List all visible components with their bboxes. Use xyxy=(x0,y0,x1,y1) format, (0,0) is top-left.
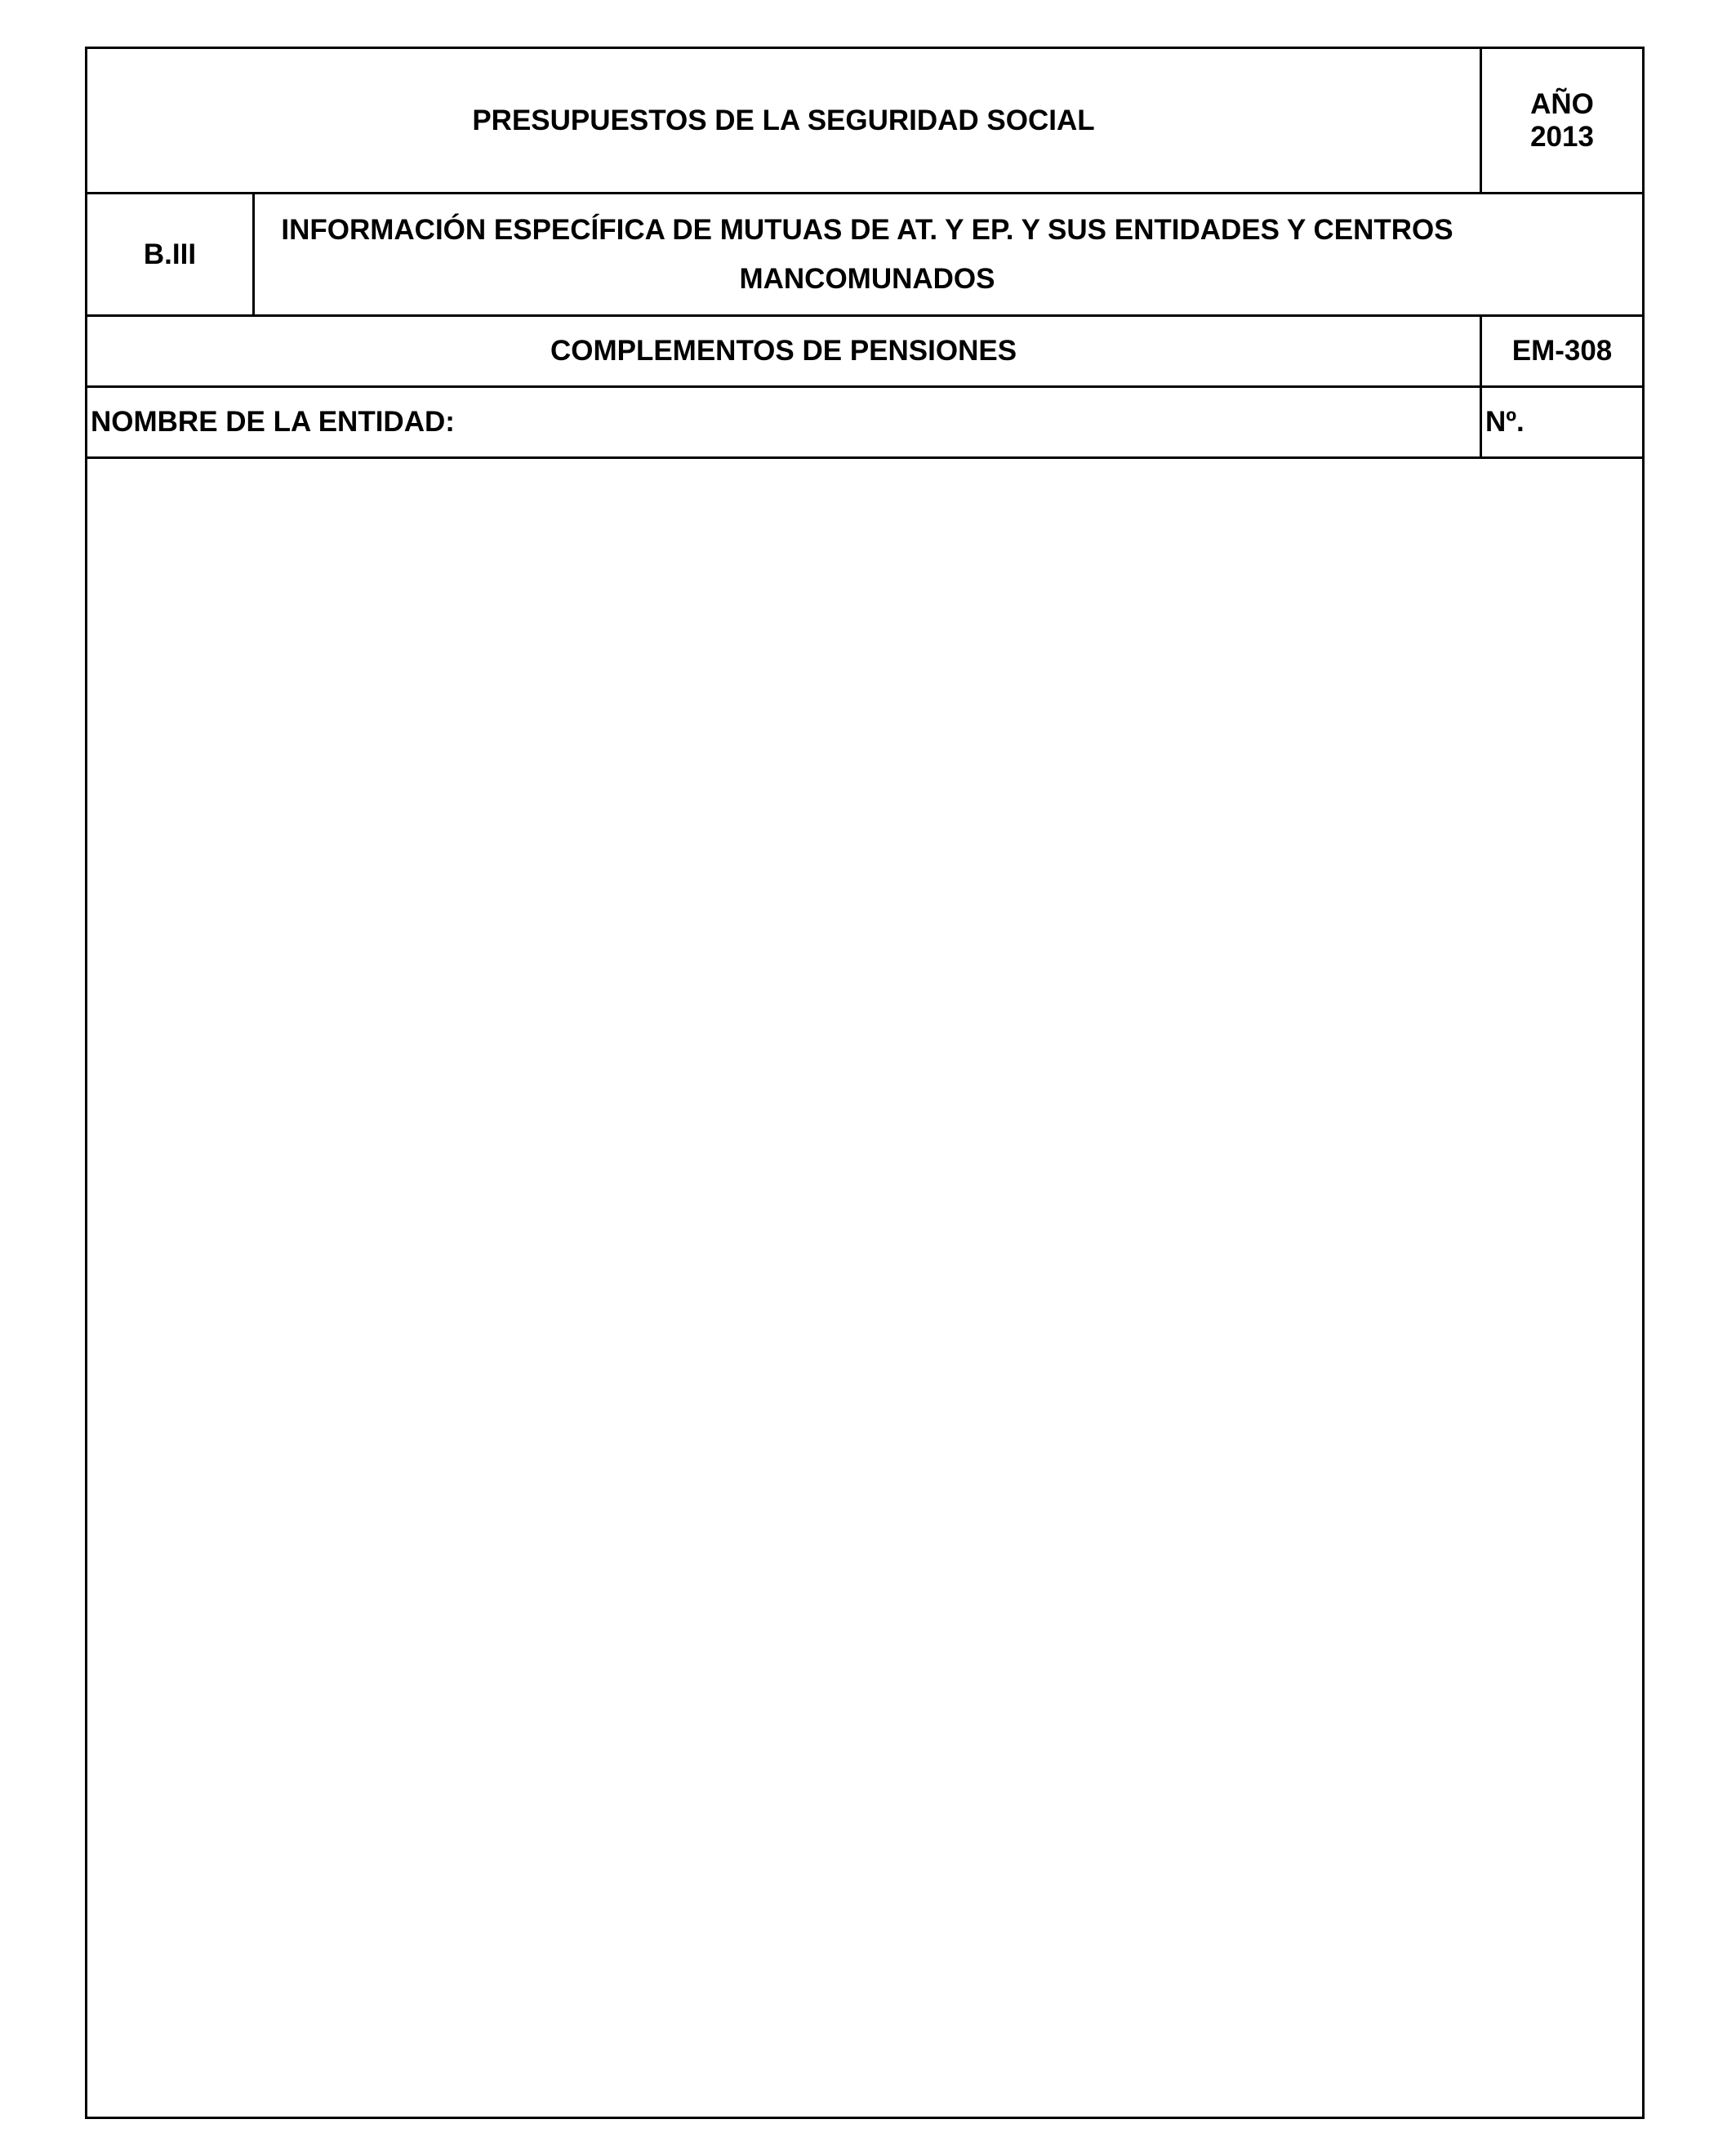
entity-name-field[interactable]: NOMBRE DE LA ENTIDAD: xyxy=(87,388,1480,456)
form-body xyxy=(87,459,1642,2117)
entity-number-label: Nº. xyxy=(1485,406,1525,439)
section-title-line2: MANCOMUNADOS xyxy=(739,255,995,304)
section-title-line1: INFORMACIÓN ESPECÍFICA DE MUTUAS DE AT. … xyxy=(281,206,1453,255)
form-code: EM-308 xyxy=(1482,317,1642,385)
section-code: B.III xyxy=(87,194,252,314)
entity-name-label: NOMBRE DE LA ENTIDAD: xyxy=(91,406,455,439)
entity-number-field[interactable]: Nº. xyxy=(1482,388,1642,456)
form-frame: PRESUPUESTOS DE LA SEGURIDAD SOCIAL AÑO … xyxy=(85,47,1645,2119)
section-title: INFORMACIÓN ESPECÍFICA DE MUTUAS DE AT. … xyxy=(255,194,1480,314)
form-name-text: COMPLEMENTOS DE PENSIONES xyxy=(550,335,1017,367)
section-code-text: B.III xyxy=(144,238,196,271)
year-value: 2013 xyxy=(1530,121,1594,154)
year-label: AÑO xyxy=(1530,88,1594,121)
document-title-text: PRESUPUESTOS DE LA SEGURIDAD SOCIAL xyxy=(472,105,1094,137)
form-code-text: EM-308 xyxy=(1512,335,1613,367)
document-title: PRESUPUESTOS DE LA SEGURIDAD SOCIAL xyxy=(87,49,1480,192)
form-name: COMPLEMENTOS DE PENSIONES xyxy=(87,317,1480,385)
year-cell: AÑO 2013 xyxy=(1482,49,1642,192)
